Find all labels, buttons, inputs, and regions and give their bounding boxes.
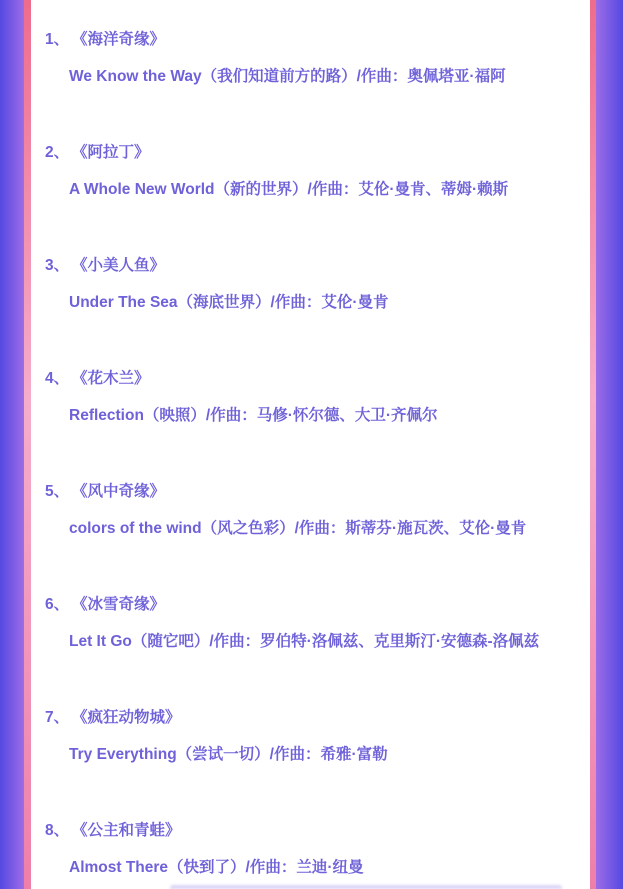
movie-title-line: 7、 《疯狂动物城》 — [45, 708, 583, 727]
movie-title: 《冰雪奇缘》 — [72, 595, 165, 614]
movie-title: 《海洋奇缘》 — [72, 30, 165, 49]
movie-title-line: 3、 《小美人鱼》 — [45, 256, 583, 275]
list-item: 7、 《疯狂动物城》 Try Everything（尝试一切）/作曲：希雅·富勒 — [45, 708, 583, 764]
movie-title: 《花木兰》 — [72, 369, 150, 388]
list-item: 4、 《花木兰》 Reflection（映照）/作曲：马修·怀尔德、大卫·齐佩尔 — [45, 369, 583, 425]
song-info: Almost There（快到了）/作曲：兰迪·纽曼 — [45, 858, 583, 877]
movie-title-line: 4、 《花木兰》 — [45, 369, 583, 388]
item-number: 8、 — [45, 821, 72, 840]
song-info: colors of the wind（风之色彩）/作曲：斯蒂芬·施瓦茨、艾伦·曼… — [45, 519, 583, 538]
song-info: We Know the Way（我们知道前方的路）/作曲：奥佩塔亚·福阿 — [45, 67, 583, 86]
song-info: A Whole New World（新的世界）/作曲：艾伦·曼肯、蒂姆·赖斯 — [45, 180, 583, 199]
item-number: 6、 — [45, 595, 72, 614]
song-info: Let It Go（随它吧）/作曲：罗伯特·洛佩兹、克里斯汀·安德森-洛佩兹 — [45, 632, 583, 651]
movie-title: 《疯狂动物城》 — [72, 708, 181, 727]
item-number: 2、 — [45, 143, 72, 162]
list-item: 3、 《小美人鱼》 Under The Sea（海底世界）/作曲：艾伦·曼肯 — [45, 256, 583, 312]
list-item: 5、 《风中奇缘》 colors of the wind（风之色彩）/作曲：斯蒂… — [45, 482, 583, 538]
movie-title: 《阿拉丁》 — [72, 143, 150, 162]
movie-title: 《公主和青蛙》 — [72, 821, 181, 840]
list-item: 6、 《冰雪奇缘》 Let It Go（随它吧）/作曲：罗伯特·洛佩兹、克里斯汀… — [45, 595, 583, 651]
movie-title-line: 6、 《冰雪奇缘》 — [45, 595, 583, 614]
list-item: 1、 《海洋奇缘》 We Know the Way（我们知道前方的路）/作曲：奥… — [45, 30, 583, 86]
item-number: 3、 — [45, 256, 72, 275]
list-item: 8、 《公主和青蛙》 Almost There（快到了）/作曲：兰迪·纽曼 — [45, 821, 583, 877]
cropped-next-line-ghost — [170, 885, 562, 889]
movie-title: 《风中奇缘》 — [72, 482, 165, 501]
list-item: 2、 《阿拉丁》 A Whole New World（新的世界）/作曲：艾伦·曼… — [45, 143, 583, 199]
item-number: 5、 — [45, 482, 72, 501]
movie-title-line: 8、 《公主和青蛙》 — [45, 821, 583, 840]
song-list: 1、 《海洋奇缘》 We Know the Way（我们知道前方的路）/作曲：奥… — [0, 0, 623, 889]
song-info: Under The Sea（海底世界）/作曲：艾伦·曼肯 — [45, 293, 583, 312]
item-number: 4、 — [45, 369, 72, 388]
song-info: Reflection（映照）/作曲：马修·怀尔德、大卫·齐佩尔 — [45, 406, 583, 425]
movie-title-line: 1、 《海洋奇缘》 — [45, 30, 583, 49]
item-number: 7、 — [45, 708, 72, 727]
movie-title: 《小美人鱼》 — [72, 256, 165, 275]
song-info: Try Everything（尝试一切）/作曲：希雅·富勒 — [45, 745, 583, 764]
item-number: 1、 — [45, 30, 72, 49]
movie-title-line: 2、 《阿拉丁》 — [45, 143, 583, 162]
movie-title-line: 5、 《风中奇缘》 — [45, 482, 583, 501]
